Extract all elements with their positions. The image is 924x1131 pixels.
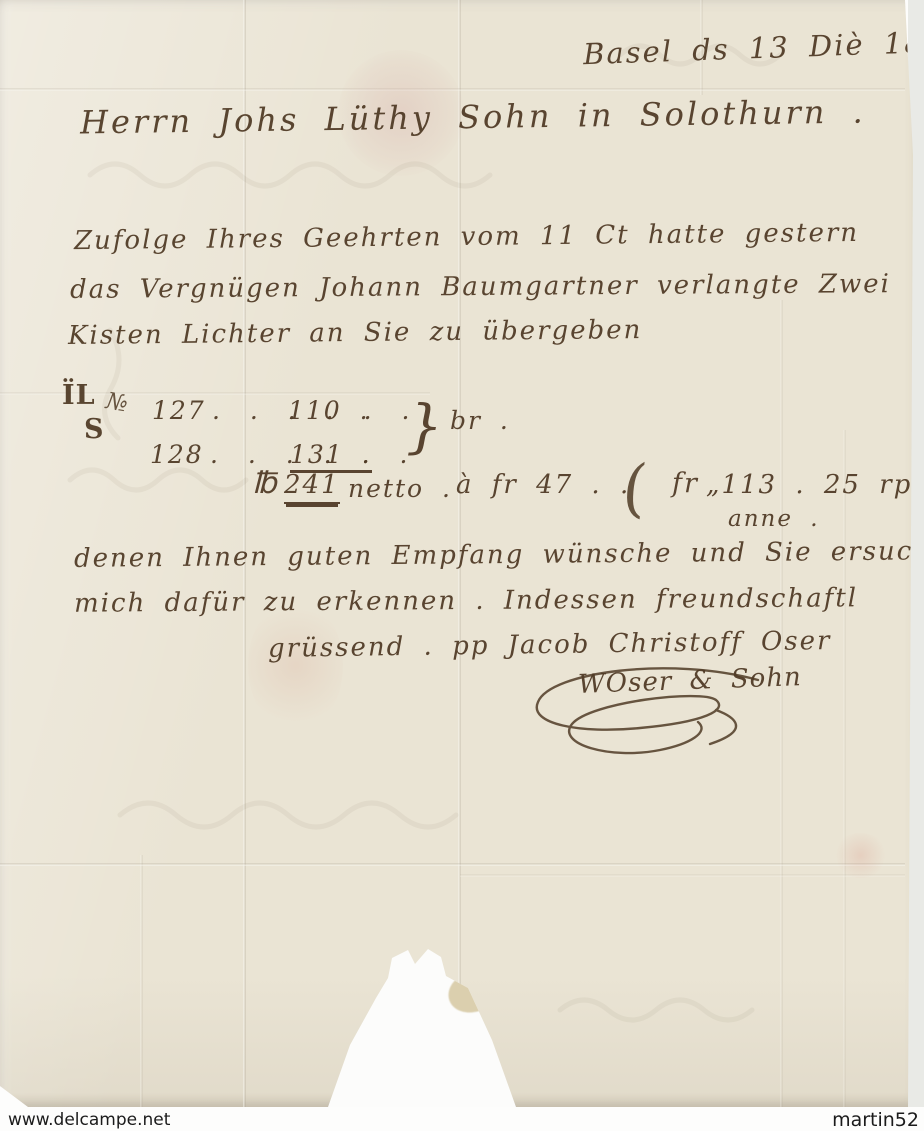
letter-paper: Basel ds 13 Diè 1834 . Herrn Johs Lüthy … bbox=[0, 0, 924, 1107]
red-seal-ghost bbox=[248, 598, 343, 733]
closing-line: grüssend . pp Jacob Christoff Oser bbox=[268, 626, 832, 664]
letter-scan: Basel ds 13 Diè 1834 . Herrn Johs Lüthy … bbox=[0, 0, 924, 1131]
amount-currency: fr bbox=[672, 468, 699, 499]
signature-text: WOser & Sohn bbox=[578, 662, 803, 700]
netto-label: netto . bbox=[348, 474, 452, 503]
net-weight: 241 bbox=[284, 470, 340, 500]
seller-watermark: martin52 bbox=[832, 1109, 919, 1131]
tally-unit-note: br . bbox=[450, 406, 510, 435]
dateline: Basel ds 13 Diè 1834 . bbox=[583, 23, 924, 71]
weight-sign: ℔ bbox=[252, 466, 279, 501]
body-line: das Vergnügen Johann Baumgartner verlang… bbox=[70, 269, 891, 305]
closing-line: denen Ihnen guten Empfang wünsche und Si… bbox=[74, 536, 924, 574]
tally-row2-number: 128 bbox=[150, 440, 204, 469]
recipient-line: Herrn Johs Lüthy Sohn in Solothurn . bbox=[80, 93, 866, 142]
numero-sign: № bbox=[104, 388, 132, 418]
amount-value: „113 . 25 rpp bbox=[706, 470, 924, 500]
fold-crease-horizontal bbox=[0, 863, 905, 866]
fold-crease-vertical bbox=[140, 855, 143, 1107]
fold-crease-vertical bbox=[780, 300, 783, 1107]
net-weight-value: 241 bbox=[284, 470, 340, 504]
consignment-mark-top: ÏL bbox=[62, 380, 96, 411]
fold-crease-horizontal bbox=[460, 874, 905, 877]
underlined-total: 131 . bbox=[290, 440, 372, 473]
tally-row1-value: 110 . bbox=[288, 396, 370, 425]
tally-row1-number: 127 bbox=[152, 396, 206, 425]
amount-paren: ( bbox=[618, 451, 652, 526]
consignment-mark-bottom: S bbox=[84, 414, 106, 445]
body-line: Zufolge Ihres Geehrten vom 11 Ct hatte g… bbox=[74, 218, 859, 256]
closing-line: mich dafür zu erkennen . Indessen freund… bbox=[74, 583, 858, 618]
fold-crease-vertical bbox=[843, 430, 846, 1107]
body-line: Kisten Lichter an Sie zu übergeben bbox=[68, 315, 643, 351]
red-ink-ghost bbox=[833, 833, 888, 878]
rate-text: à fr 47 . . bbox=[456, 470, 630, 500]
amount-flourish: anne . bbox=[728, 506, 820, 532]
marketplace-watermark: www.delcampe.net bbox=[8, 1110, 170, 1130]
tally-row2-value: 131 . bbox=[290, 440, 372, 469]
